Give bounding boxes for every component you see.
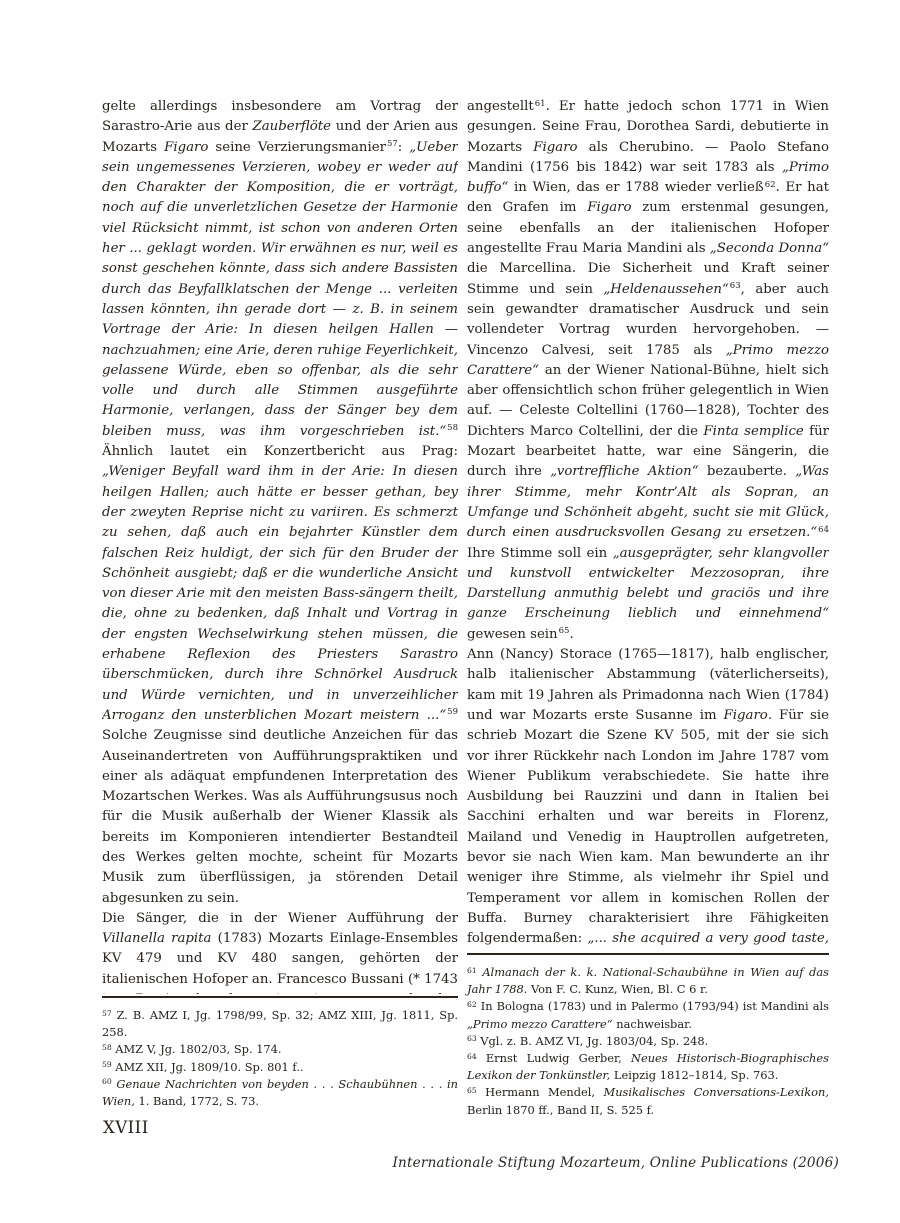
footnote-63: 63 Vgl. z. B. AMZ VI, Jg. 1803/04, Sp. 2… [467,1033,829,1050]
footnote-58: 58 AMZ V, Jg. 1802/03, Sp. 174. [102,1041,458,1058]
page-number: XVIII [103,1118,149,1137]
footer-credit: Internationale Stiftung Mozarteum, Onlin… [392,1155,839,1171]
body-paragraph: angestellt61. Er hatte jedoch schon 1771… [467,97,829,645]
right-footnote-block: 61 Almanach der k. k. National-Schaubühn… [467,953,829,1119]
footnote-61: 61 Almanach der k. k. National-Schaubühn… [467,964,829,998]
footnote-separator [102,996,458,998]
left-footnote-block: 57 Z. B. AMZ I, Jg. 1798/99, Sp. 32; AMZ… [102,996,458,1110]
body-paragraph: Ann (Nancy) Storace (1765—1817), halb en… [467,645,829,951]
left-column: gelte allerdings insbesondere am Vortrag… [102,97,458,994]
footnote-60: 60 Genaue Nachrichten von beyden . . . S… [102,1076,458,1110]
footnote-separator [467,953,829,955]
footnote-65: 65 Hermann Mendel, Musikalisches Convers… [467,1084,829,1118]
body-paragraph: Die Sänger, die in der Wiener Aufführung… [102,909,458,994]
right-column: angestellt61. Er hatte jedoch schon 1771… [467,97,829,951]
footnote-64: 64 Ernst Ludwig Gerber, Neues Historisch… [467,1050,829,1084]
footnote-59: 59 AMZ XII, Jg. 1809/10. Sp. 801 f.. [102,1059,458,1076]
scanned-book-page: gelte allerdings insbesondere am Vortrag… [0,0,900,1223]
footnote-62: 62 In Bologna (1783) und in Palermo (179… [467,998,829,1032]
body-paragraph: gelte allerdings insbesondere am Vortrag… [102,97,458,909]
footnote-57: 57 Z. B. AMZ I, Jg. 1798/99, Sp. 32; AMZ… [102,1007,458,1041]
